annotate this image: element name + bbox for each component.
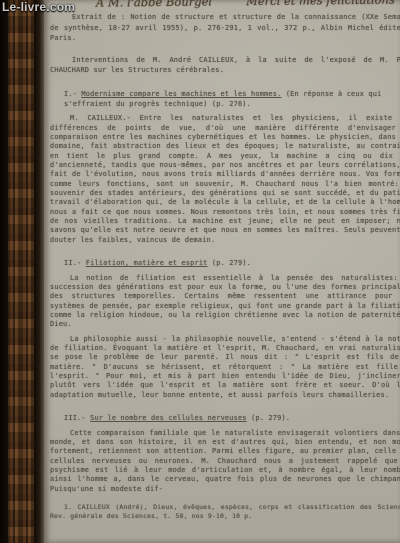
- photo-left-black-edge: [0, 0, 8, 543]
- page-content: A M. l'abbé Bourgel Merci et mes félicit…: [44, 0, 400, 521]
- footnote: 1. CAILLEUX (André), Dieux, évêques, esp…: [50, 503, 400, 521]
- dedication-note: Merci et mes félicitations: [246, 0, 395, 8]
- book-photo: Le-livre.com A M. l'abbé Bourgel Merci e…: [0, 0, 400, 543]
- section-1-paragraph: M. CAILLEUX.- Entre les naturalistes et …: [50, 114, 400, 245]
- section-3-heading: III.- Sur le nombre des cellules nerveus…: [64, 414, 400, 424]
- section-1-title: Modernisme compare les machines et les h…: [81, 90, 281, 98]
- section-2-title: Filiation, matière et esprit: [86, 259, 208, 267]
- section-2-heading: II.- Filiation, matière et esprit (p. 27…: [64, 259, 400, 269]
- dedication-recipient: A M. l'abbé Bourgel: [96, 0, 212, 10]
- interventions-line: Interventions de M. André CAILLEUX, à la…: [50, 55, 400, 76]
- handwritten-dedication: A M. l'abbé Bourgel Merci et mes félicit…: [96, 0, 400, 10]
- section-2-paragraph-2: La philosophie aussi - la philosophie no…: [50, 335, 400, 400]
- scanned-page: A M. l'abbé Bourgel Merci et mes félicit…: [44, 0, 400, 543]
- section-2-number: II.-: [64, 259, 81, 267]
- section-2-paragraph-1: La notion de filiation est essentielle à…: [50, 274, 400, 330]
- section-1-heading: I.- Modernisme compare les machines et l…: [64, 90, 400, 109]
- section-3-paragraph: Cette comparaison familiale que le natur…: [50, 429, 400, 494]
- le-livre-watermark: Le-livre.com: [2, 0, 75, 14]
- book-spine-wood-edge: [8, 0, 34, 543]
- section-1-number: I.-: [64, 90, 77, 98]
- section-3-title: Sur le nombre des cellules nerveuses: [90, 414, 247, 422]
- section-3-pageref: (p. 279).: [251, 414, 290, 422]
- section-3-number: III.-: [64, 414, 86, 422]
- section-2-pageref: (p. 279).: [212, 259, 251, 267]
- extrait-reference: Extrait de : Notion de structure et stru…: [50, 12, 400, 44]
